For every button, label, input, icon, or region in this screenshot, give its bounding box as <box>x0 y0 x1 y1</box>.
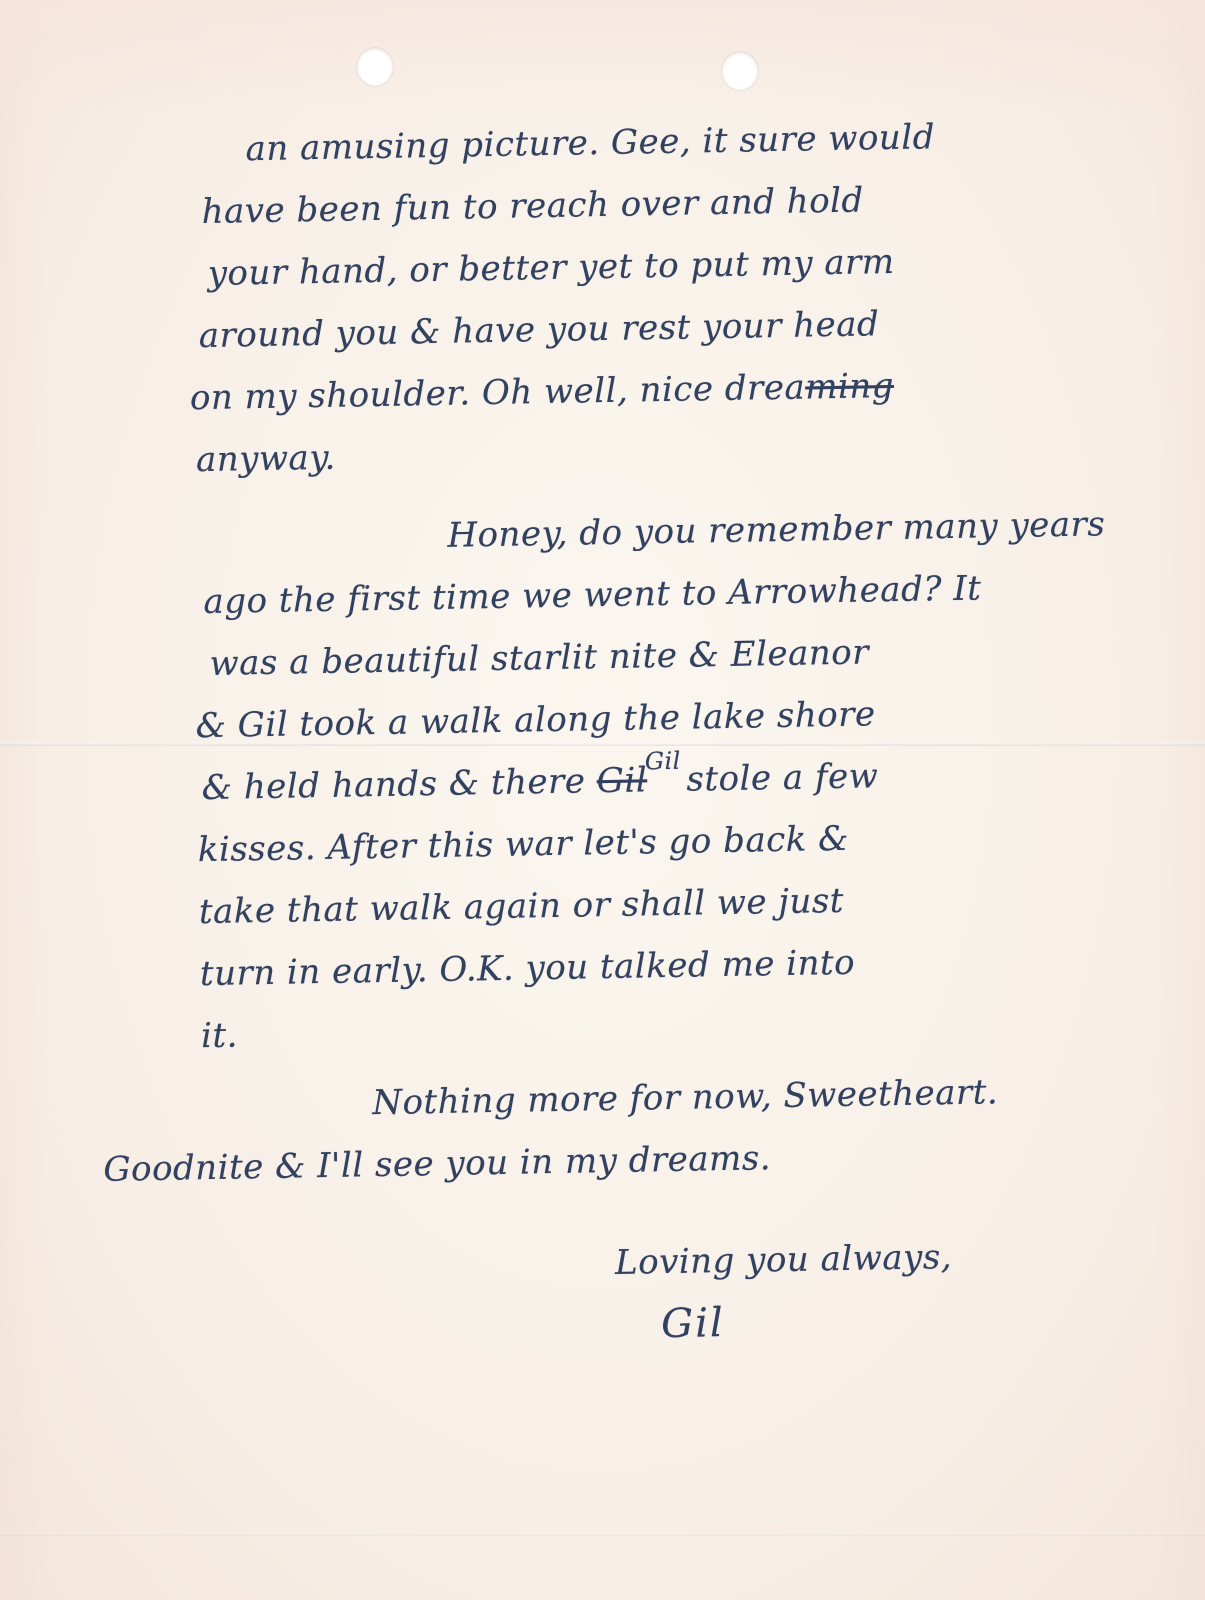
letter-page: an amusing picture. Gee, it sure would h… <box>0 0 1205 1600</box>
paragraph-3: Nothing more for now, Sweetheart. Goodni… <box>17 1057 1205 1202</box>
letter-line: Honey, do you remember many years <box>447 491 1205 566</box>
signature: Gil <box>661 1283 1205 1355</box>
overwritten-word: ming <box>805 366 894 408</box>
letter-line-text: & held hands & there <box>201 761 597 808</box>
punch-hole-left <box>357 48 393 86</box>
fold-crease <box>0 1532 1205 1536</box>
punch-hole-right <box>722 52 758 90</box>
paragraph-2: Honey, do you remember many years ago th… <box>7 491 1205 1070</box>
paragraph-1: an amusing picture. Gee, it sure would h… <box>0 101 1205 494</box>
letter-body: an amusing picture. Gee, it sure would h… <box>0 101 1205 1366</box>
letter-line-text: stole a few <box>675 756 879 800</box>
inserted-word-above: Gil <box>644 730 681 793</box>
letter-line: Goodnite & I'll see you in my dreams. <box>103 1119 1205 1201</box>
letter-line-text: on my shoulder. Oh well, nice drea <box>190 368 806 419</box>
letter-closing: Loving you always, Gil <box>20 1221 1205 1366</box>
crossed-out-word: Gil <box>596 760 647 801</box>
valediction: Loving you always, <box>615 1221 1205 1294</box>
